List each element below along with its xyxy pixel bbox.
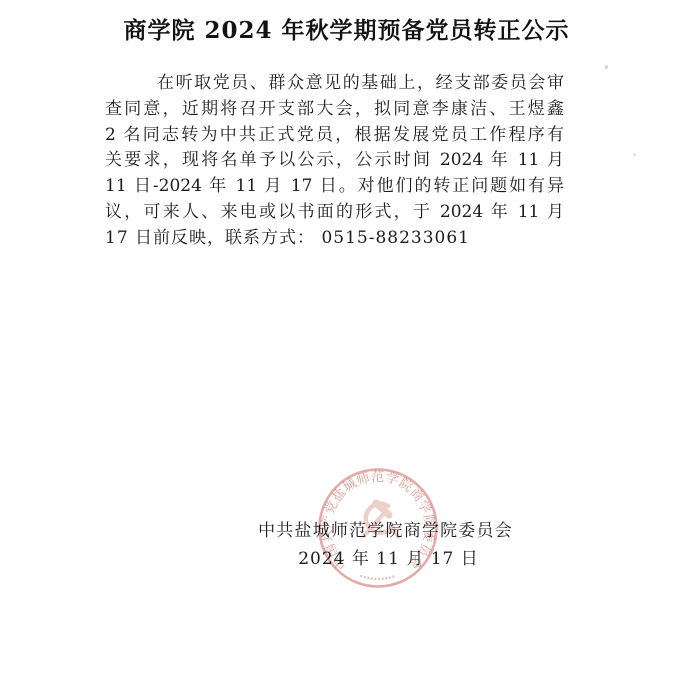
body-line-1: 在听取党员、群众意见的基础上，经支部委员会审 bbox=[105, 71, 564, 97]
scan-speck bbox=[605, 65, 608, 69]
document-title: 商学院 2024 年秋学期预备党员转正公示 bbox=[7, 12, 679, 45]
document-body: 在听取党员、群众意见的基础上，经支部委员会审 查同意，近期将召开支部大会，拟同意… bbox=[105, 71, 564, 252]
body-line-4: 关要求，现将名单予以公示，公示时间 2024 年 11 月 bbox=[105, 148, 564, 174]
body-line-7: 17 日前反映，联系方式： 0515-88233061 bbox=[105, 226, 564, 252]
document-page: 商学院 2024 年秋学期预备党员转正公示 在听取党员、群众意见的基础上，经支部… bbox=[0, 0, 679, 697]
date-line: 2024 年 11 月 17 日 bbox=[49, 549, 679, 569]
body-line-5: 11 日-2024 年 11 月 17 日。对他们的转正问题如有异 bbox=[105, 174, 564, 200]
scan-speck bbox=[633, 153, 636, 156]
body-line-3: 2 名同志转为中共正式党员，根据发展党员工作程序有 bbox=[105, 123, 564, 149]
signature-line: 中共盐城师范学院商学院委员会 bbox=[46, 521, 679, 541]
seal-serial-arc bbox=[361, 576, 396, 579]
body-line-6: 议，可来人、来电或以书面的形式，于 2024 年 11 月 bbox=[105, 200, 564, 226]
body-line-2: 查同意，近期将召开支部大会，拟同意李康洁、王煜鑫 bbox=[105, 97, 564, 123]
